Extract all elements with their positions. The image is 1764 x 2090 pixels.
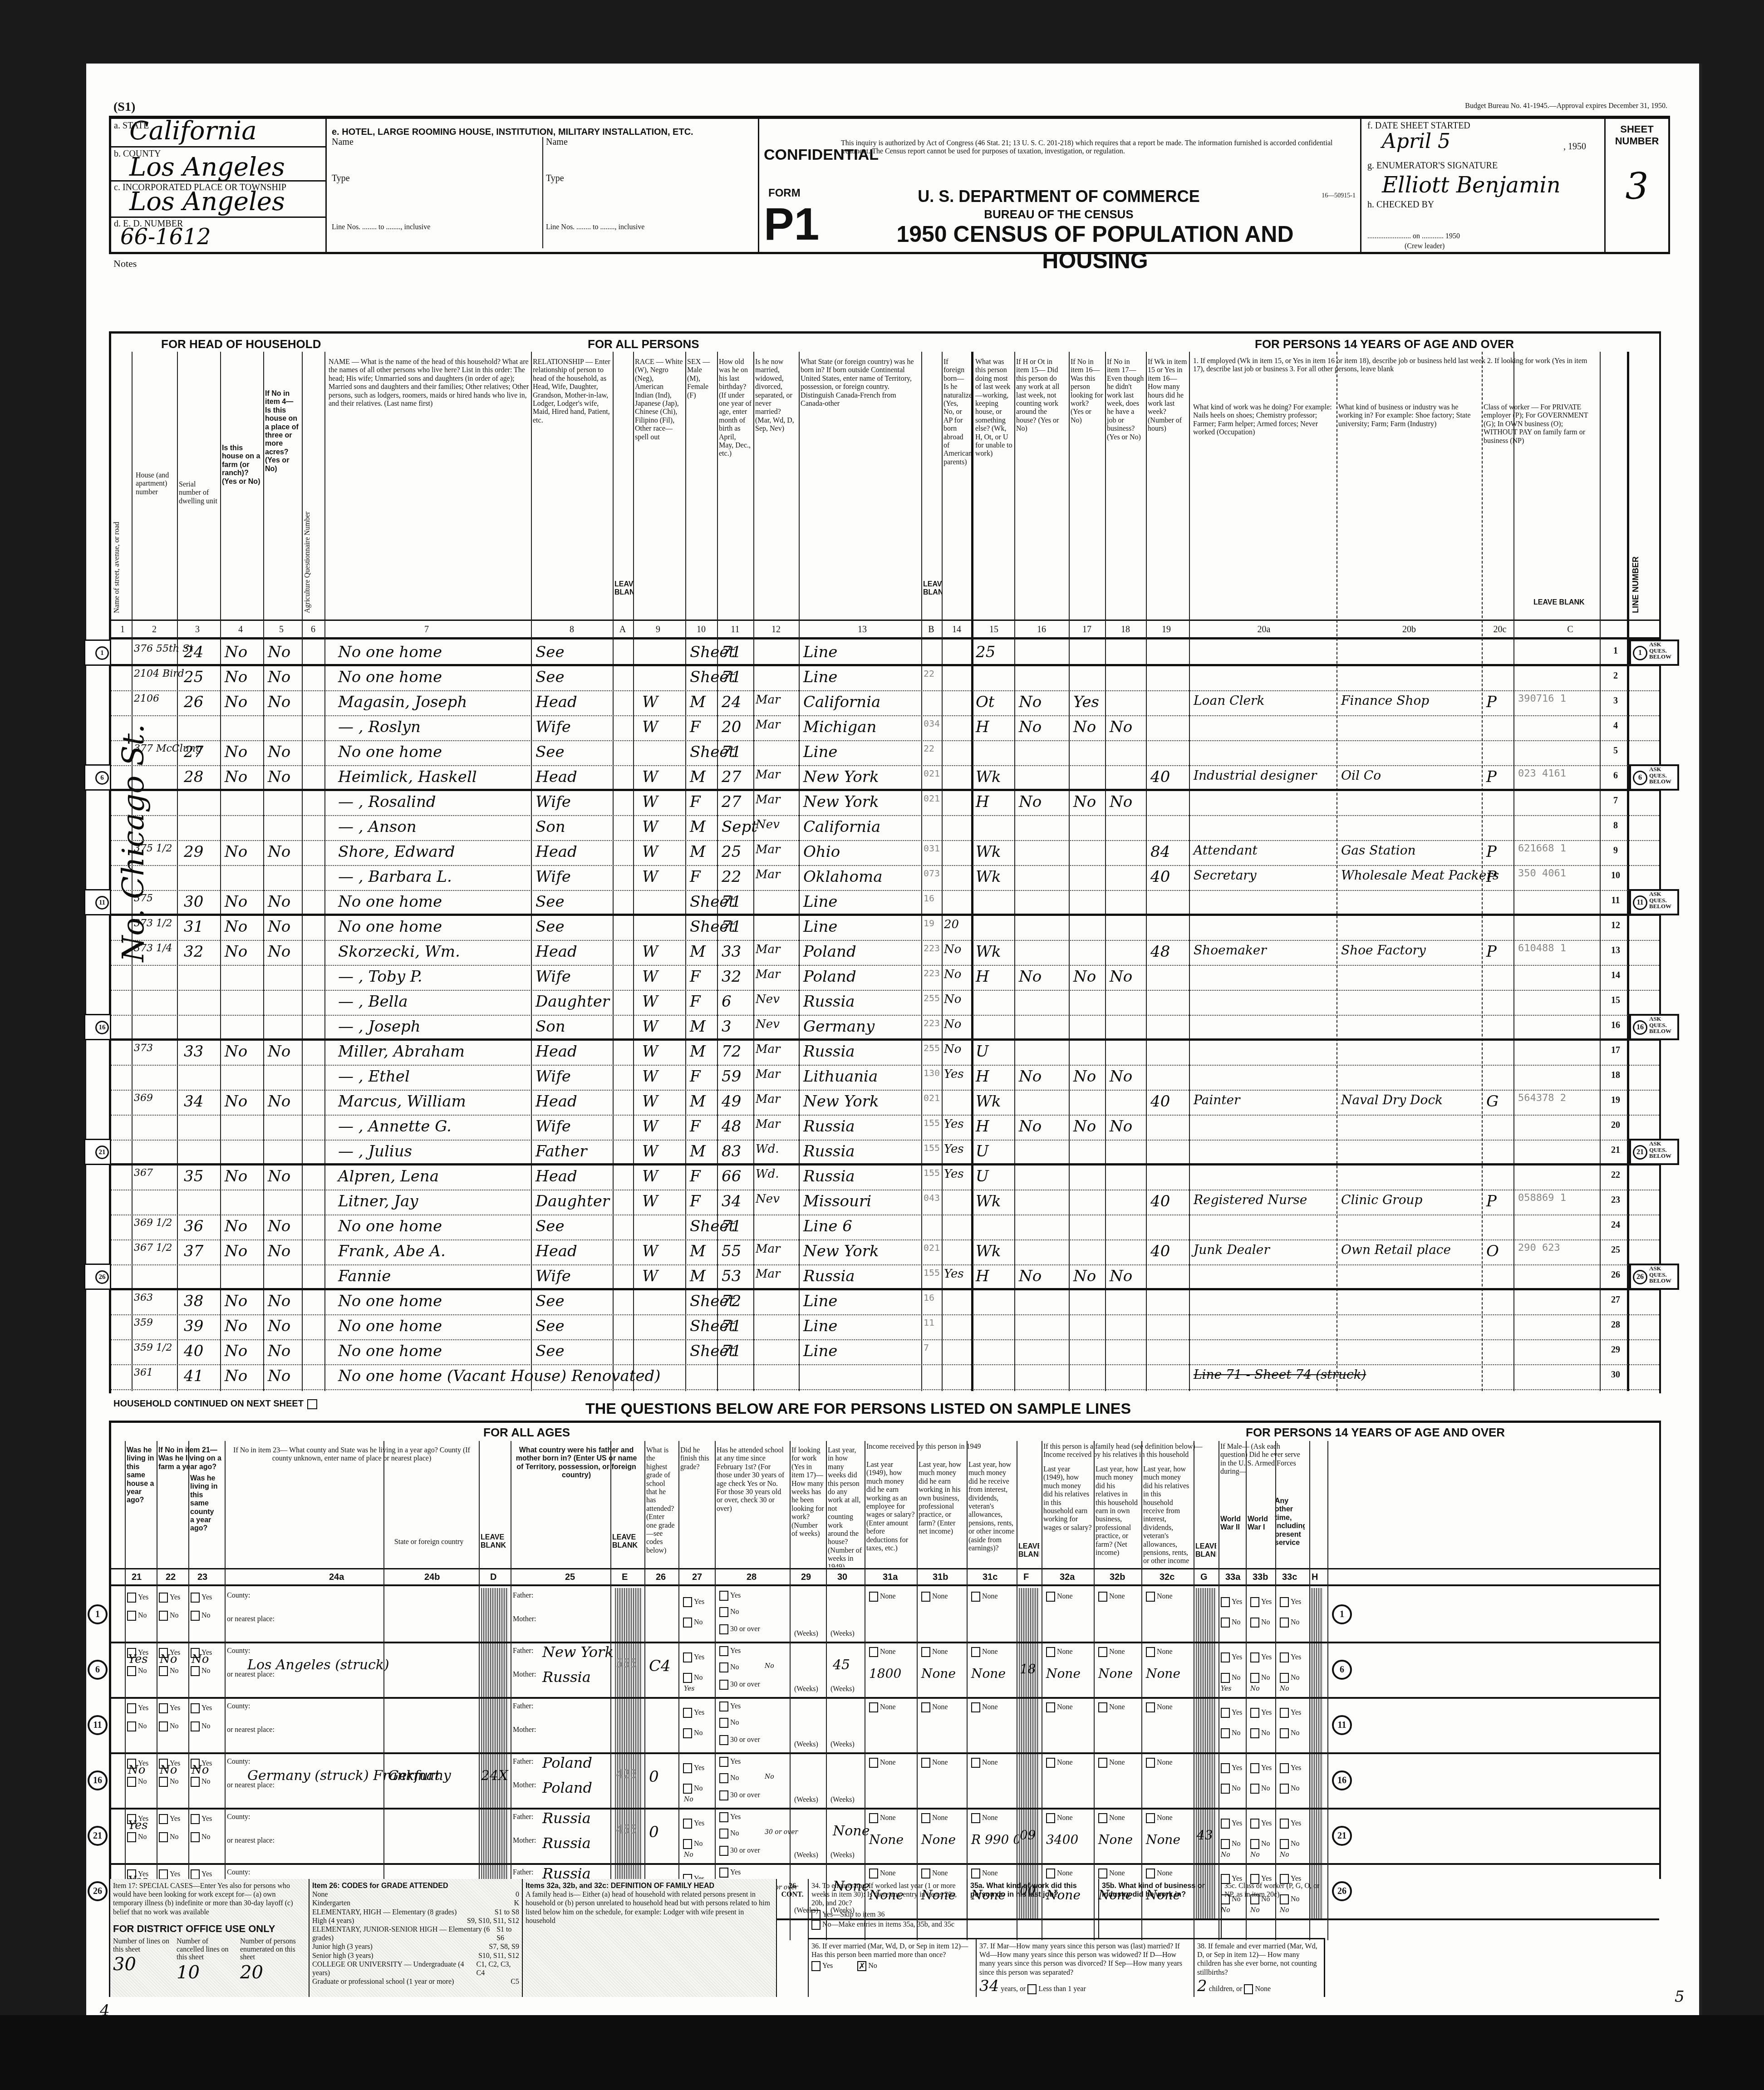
table-row: — , RoslynWifeWF20MarMichigan034HNoNoNo4 (111, 716, 1659, 741)
household-continued-checkbox[interactable] (307, 1399, 317, 1409)
c31b-none-checkbox[interactable] (921, 1758, 930, 1768)
county-label: County: (227, 1758, 251, 1766)
house-number: 373 1/4 (134, 943, 172, 954)
relationship: Son (536, 818, 565, 836)
head-of-household-header: FOR HEAD OF HOUSEHOLD (161, 337, 321, 351)
school-30-checkbox[interactable] (719, 1790, 728, 1800)
no-label: No (138, 1833, 147, 1841)
highest-grade: C4 (649, 1657, 671, 1675)
birthplace-code: 223 (924, 943, 940, 954)
relationship: See (536, 643, 565, 661)
birthplace-code: 223 (924, 968, 940, 979)
c21-no-checkbox[interactable] (127, 1721, 136, 1731)
c33c-no-checkbox[interactable] (1280, 1784, 1289, 1794)
marital-status: Nev (756, 1192, 780, 1206)
has-job: No (1110, 718, 1132, 736)
sample-line-number: 11 (95, 896, 109, 910)
c21-yes-checkbox[interactable] (127, 1593, 136, 1603)
colnum-16: 16 (1035, 625, 1048, 635)
no-label: No (730, 1663, 739, 1671)
lower-colnum: 33c (1282, 1572, 1297, 1583)
col-head-3: Serial number of dwelling unit (177, 479, 220, 507)
sheet-header: a. STATE California b. COUNTY Los Angele… (109, 116, 1670, 254)
c31c-none-checkbox[interactable] (971, 1647, 980, 1657)
school-no-checkbox[interactable] (719, 1718, 728, 1728)
c32a-none-checkbox[interactable] (1046, 1758, 1055, 1768)
age: 34 (722, 1192, 741, 1210)
county-label: County: (227, 1702, 251, 1711)
c21-no-checkbox[interactable] (127, 1832, 136, 1842)
c31c-none-checkbox[interactable] (971, 1758, 980, 1768)
form-corner-code: (S1) (113, 100, 135, 114)
grade-code-row: COLLEGE OR UNIVERSITY — Undergraduate (4… (312, 1960, 519, 1977)
q37-less-checkbox[interactable] (1027, 1984, 1037, 1994)
marital-status: Mar (756, 1117, 781, 1131)
c31a-none-checkbox[interactable] (869, 1869, 878, 1879)
c31c-none-checkbox[interactable] (971, 1592, 980, 1602)
c31a-none-checkbox[interactable] (869, 1758, 878, 1768)
c33b-yes-checkbox[interactable] (1250, 1597, 1259, 1607)
sample-line-tag-left: 16 (84, 1014, 111, 1040)
yes-label: Yes (138, 1704, 148, 1712)
school-no-checkbox[interactable] (719, 1662, 728, 1672)
c33a-no-checkbox[interactable] (1221, 1839, 1230, 1849)
c31a-amount: None (869, 1832, 904, 1847)
hotel-title: e. HOTEL, LARGE ROOMING HOUSE, INSTITUTI… (332, 127, 693, 138)
c23-no-checkbox[interactable] (191, 1832, 200, 1842)
relationship: Wife (536, 793, 571, 811)
c32b-none-checkbox[interactable] (1098, 1758, 1107, 1768)
yes-label: Yes (1291, 1653, 1301, 1661)
no-label: No (1291, 1840, 1300, 1848)
colnum-17: 17 (1080, 625, 1094, 635)
c32c-none-checkbox[interactable] (1146, 1592, 1155, 1602)
relationship: Head (536, 843, 577, 861)
col-head-1: Name of street, avenue, or road (111, 356, 132, 615)
grade-code-row: Senior high (3 years)S10, S11, S12 (312, 1952, 519, 1960)
yes-label: Yes (730, 1592, 741, 1599)
ask-questions-below-tag: 6ASK QUES. BELOW (1629, 764, 1679, 791)
c33c-yes-checkbox[interactable] (1280, 1819, 1289, 1829)
col-head-10: SEX — Male (M), Female (F) (685, 356, 717, 615)
school-yes-checkbox[interactable] (719, 1757, 728, 1767)
yes-label: Yes (1291, 1709, 1301, 1716)
c22-no-checkbox[interactable] (159, 1777, 168, 1787)
c33a-no-checkbox[interactable] (1221, 1784, 1230, 1794)
sample-line-tag-left: 11 (84, 889, 111, 915)
serial-number: 41 (184, 1367, 203, 1385)
finish-no-checkbox[interactable] (683, 1784, 692, 1794)
c32a-none-checkbox[interactable] (1046, 1869, 1055, 1879)
finish-no-checkbox[interactable] (683, 1618, 692, 1628)
c33b-yes-checkbox[interactable] (1250, 1763, 1259, 1773)
c33b-yes-checkbox[interactable] (1250, 1708, 1259, 1718)
school-30-checkbox[interactable] (719, 1624, 728, 1634)
person-name: — , Julius (338, 1142, 412, 1161)
race: W (642, 1018, 658, 1036)
q38-none-label: None (1255, 1985, 1271, 1993)
c23-no-checkbox[interactable] (191, 1611, 200, 1621)
c32c-none-checkbox[interactable] (1146, 1758, 1155, 1768)
c31a-none-checkbox[interactable] (869, 1592, 878, 1602)
school-no-checkbox[interactable] (719, 1607, 728, 1617)
yes-label: Yes (694, 1764, 704, 1772)
farm: No (225, 943, 247, 961)
col-head-b: LEAVE BLANK (921, 579, 942, 599)
q36-yes-checkbox[interactable] (811, 1961, 821, 1971)
relationship: Wife (536, 1267, 571, 1285)
special-cases-text: Item 17: SPECIAL CASES—Enter Yes also fo… (113, 1882, 306, 1917)
lower-colnum: 28 (747, 1572, 757, 1583)
naturalized: Yes (944, 1167, 964, 1181)
birthplace: New York (803, 1242, 879, 1260)
class-of-worker: O (1486, 1242, 1499, 1260)
relationship: Daughter (536, 1192, 609, 1210)
all-persons-header: FOR ALL PERSONS (588, 337, 699, 351)
school-yes-checkbox[interactable] (719, 1868, 728, 1878)
c33b-no-checkbox[interactable] (1250, 1784, 1259, 1794)
none-label: None (880, 1869, 896, 1877)
table-row: 35939NoNoNo one homeSeeSheet71Line1128 (111, 1315, 1659, 1340)
c32b-none-checkbox[interactable] (1098, 1647, 1107, 1657)
c22-no-checkbox[interactable] (159, 1666, 168, 1676)
sex: F (690, 968, 701, 986)
sample-lines-title: THE QUESTIONS BELOW ARE FOR PERSONS LIST… (585, 1400, 1131, 1418)
c23-no-checkbox[interactable] (191, 1666, 200, 1676)
c32b-none-checkbox[interactable] (1098, 1869, 1107, 1879)
line-number: 24 (1604, 1220, 1627, 1230)
acres: No (268, 1043, 290, 1061)
no-label: No (201, 1612, 211, 1619)
c33a-yes-checkbox[interactable] (1221, 1708, 1230, 1718)
school-yes-checkbox[interactable] (719, 1646, 728, 1656)
activity: U (976, 1043, 989, 1061)
line-number: 22 (1604, 1170, 1627, 1180)
weeks-label-30: (Weeks) (830, 1685, 855, 1693)
c22-yes-checkbox[interactable] (159, 1869, 168, 1879)
person-name: Heimlick, Haskell (338, 768, 477, 786)
leave-blank-code: 058869 1 (1518, 1192, 1566, 1204)
no-label: No (1291, 1785, 1300, 1792)
none-label: None (1057, 1648, 1073, 1656)
finish-answer: No (684, 1796, 693, 1803)
lower-colnum: F (1023, 1572, 1029, 1583)
age: 71 (722, 1217, 741, 1235)
school-yes-checkbox[interactable] (719, 1591, 728, 1601)
hours-worked: 40 (1150, 1192, 1170, 1210)
acres: No (268, 1217, 290, 1235)
col-head-8: RELATIONSHIP — Enter relationship of per… (531, 356, 613, 615)
c33a-no-checkbox[interactable] (1221, 1618, 1230, 1628)
birthplace-code: 021 (924, 768, 940, 779)
sex: M (690, 818, 706, 836)
sample-line-number: 26 (95, 1270, 109, 1284)
c31c-none-checkbox[interactable] (971, 1702, 980, 1712)
farm: No (225, 668, 247, 686)
birthplace: Germany (803, 1018, 875, 1036)
industry: Clinic Group (1341, 1192, 1422, 1207)
q36-text: 36. If ever married (Mar, Wd, D, or Sep … (811, 1942, 973, 1959)
lower-colnum: 25 (565, 1572, 575, 1583)
leave-blank-code: 621668 1 (1518, 843, 1566, 854)
birthplace: Poland (803, 968, 856, 986)
line-number: 5 (1604, 746, 1627, 756)
c23-yes-checkbox[interactable] (191, 1869, 200, 1879)
birthplace-code: 021 (924, 793, 940, 804)
c31a-none-checkbox[interactable] (869, 1813, 878, 1823)
school-yes-checkbox[interactable] (719, 1812, 728, 1822)
col-head-4: Is this house on a farm (or ranch)? (Yes… (220, 443, 263, 488)
finish-no-checkbox[interactable] (683, 1728, 692, 1738)
colnum-14: 14 (950, 625, 963, 635)
county-label: County: (227, 1813, 251, 1821)
colnum-1: 1 (116, 625, 129, 635)
q38-none-checkbox[interactable] (1244, 1984, 1253, 1994)
c31a-none-checkbox[interactable] (869, 1702, 878, 1712)
finish-yes-checkbox[interactable] (683, 1708, 692, 1718)
c33a-yes-checkbox[interactable] (1221, 1597, 1230, 1607)
c21-no-checkbox[interactable] (127, 1777, 136, 1787)
none-label: None (932, 1703, 948, 1711)
col-head-c: LEAVE BLANK (1532, 597, 1600, 609)
c33b-yes-checkbox[interactable] (1250, 1652, 1259, 1662)
form-title-block: CONFIDENTIAL This inquiry is authorized … (758, 119, 1361, 252)
c21-no-checkbox[interactable] (127, 1666, 136, 1676)
age: 27 (722, 768, 741, 786)
c33a-no-checkbox[interactable] (1221, 1728, 1230, 1738)
c32b-none-checkbox[interactable] (1098, 1813, 1107, 1823)
c33a-yes-checkbox[interactable] (1221, 1819, 1230, 1829)
finish-yes-checkbox[interactable] (683, 1819, 692, 1829)
c32b-amount: None (1098, 1832, 1133, 1847)
c32a-none-checkbox[interactable] (1046, 1813, 1055, 1823)
house-number: 2106 (134, 693, 159, 704)
leave-blank-code: 564378 2 (1518, 1092, 1566, 1104)
naturalized: Yes (944, 1067, 964, 1081)
table-row: 36735NoNoAlpren, LenaHeadWF66Wd.Russia15… (111, 1165, 1659, 1190)
c33c-yes-checkbox[interactable] (1280, 1652, 1289, 1662)
serial-number: 37 (184, 1242, 203, 1260)
race: W (642, 768, 658, 786)
c31b-none-checkbox[interactable] (921, 1869, 930, 1879)
c23-no-checkbox[interactable] (191, 1777, 200, 1787)
naturalized: Yes (944, 1142, 964, 1156)
birthplace-code: 155 (924, 1167, 940, 1178)
special-cases-box: Item 17: SPECIAL CASES—Enter Yes also fo… (109, 1879, 309, 1997)
c22-yes-checkbox[interactable] (159, 1814, 168, 1824)
c31a-none-checkbox[interactable] (869, 1647, 878, 1657)
cancelled-count-label: Number of cancelled lines on this sheet (177, 1938, 236, 1962)
c33b-no-checkbox[interactable] (1250, 1839, 1259, 1849)
birthplace-code: 16 (924, 1292, 934, 1303)
c31b-none-checkbox[interactable] (921, 1647, 930, 1657)
c33c-yes-checkbox[interactable] (1280, 1597, 1289, 1607)
district-office-label: FOR DISTRICT OFFICE USE ONLY (113, 1923, 306, 1935)
c22-no-checkbox[interactable] (159, 1611, 168, 1621)
father-birthplace: New York (542, 1643, 614, 1661)
no-label: No (1232, 1674, 1241, 1682)
date-value: April 5 (1382, 130, 1450, 153)
person-name: No one home (338, 668, 442, 686)
c33c-no-checkbox[interactable] (1280, 1618, 1289, 1628)
school-no-checkbox[interactable] (719, 1829, 728, 1839)
table-row: — , Barbara L.WifeWF22MarOklahoma073Wk40… (111, 866, 1659, 891)
q34-yes-checkbox[interactable] (811, 1910, 821, 1920)
age: 72 (722, 1292, 741, 1310)
c33c-answer: No (1280, 1851, 1289, 1859)
c21-no-checkbox[interactable] (127, 1611, 136, 1621)
race: W (642, 868, 658, 886)
line-number: 26 (1604, 1270, 1627, 1280)
c31b-none-checkbox[interactable] (921, 1592, 930, 1602)
activity: H (976, 968, 989, 986)
hours-worked: 40 (1150, 1092, 1170, 1111)
looking-for-work: No (1073, 1117, 1096, 1136)
yes-label: Yes (694, 1598, 704, 1606)
acres: No (268, 843, 290, 861)
col-head-20c: Class of worker — For PRIVATE employer (… (1482, 402, 1595, 615)
table-row: 1376 55th St24NoNoNo one homeSeeSheet71L… (111, 641, 1659, 666)
c31c-none-checkbox[interactable] (971, 1869, 980, 1879)
farm: No (225, 1043, 247, 1061)
c32c-none-checkbox[interactable] (1146, 1813, 1155, 1823)
c33a-yes-checkbox[interactable] (1221, 1652, 1230, 1662)
lcol-head-23: Was he living in this same county a year… (188, 1473, 220, 1564)
c21-yes-checkbox[interactable] (127, 1703, 136, 1713)
c22-no-checkbox[interactable] (159, 1832, 168, 1842)
c22-yes-checkbox[interactable] (159, 1593, 168, 1603)
date-year: , 1950 (1563, 142, 1586, 152)
c23-yes-checkbox[interactable] (191, 1814, 200, 1824)
marital-status: Mar (756, 1267, 781, 1281)
c23-yes-checkbox[interactable] (191, 1593, 200, 1603)
person-name: — , Joseph (338, 1018, 421, 1036)
census-title: 1950 CENSUS OF POPULATION AND HOUSING (868, 221, 1322, 274)
finish-yes-checkbox[interactable] (683, 1763, 692, 1773)
school-30-checkbox[interactable] (719, 1680, 728, 1690)
table-row: 21— , JuliusFatherWM83Wd.Russia155YesU21… (111, 1141, 1659, 1165)
hours-worked: 40 (1150, 1242, 1170, 1260)
age: 6 (722, 993, 732, 1011)
school-no-checkbox[interactable] (719, 1773, 728, 1783)
yes-label: Yes (170, 1815, 180, 1823)
activity: H (976, 1067, 989, 1086)
c32b-amount: None (1098, 1666, 1133, 1681)
county-label: County: (227, 1647, 251, 1655)
finish-no-checkbox[interactable] (683, 1839, 692, 1849)
c33c-yes-checkbox[interactable] (1280, 1763, 1289, 1773)
sex: M (690, 693, 706, 711)
mother-label: Mother: (513, 1726, 536, 1734)
age: 33 (722, 943, 741, 961)
race: W (642, 843, 658, 861)
line-number: 30 (1604, 1370, 1627, 1380)
grade-code-value: K (514, 1899, 519, 1908)
yes-label: Yes (1232, 1653, 1242, 1661)
grade-code-row: High (4 years)S9, S10, S11, S12 (312, 1917, 519, 1925)
worked-last-week: No (1019, 793, 1042, 811)
c33b-yes-checkbox[interactable] (1250, 1819, 1259, 1829)
line-number: 10 (1604, 870, 1627, 881)
c23-yes-checkbox[interactable] (191, 1703, 200, 1713)
school-answer: 30 or over (765, 1829, 798, 1836)
c32c-none-checkbox[interactable] (1146, 1647, 1155, 1657)
sample-line-number: 6 (95, 771, 109, 785)
c32a-none-checkbox[interactable] (1046, 1592, 1055, 1602)
c23-no-checkbox[interactable] (191, 1721, 200, 1731)
c33a-no-checkbox[interactable] (1221, 1673, 1230, 1683)
c33c-yes-checkbox[interactable] (1280, 1708, 1289, 1718)
c22-no-checkbox[interactable] (159, 1721, 168, 1731)
marital-status: Mar (756, 793, 781, 806)
serial-number: 25 (184, 668, 203, 686)
c31c-none-checkbox[interactable] (971, 1813, 980, 1823)
colnum-19: 19 (1160, 625, 1173, 635)
school-yes-checkbox[interactable] (719, 1702, 728, 1711)
finish-no-checkbox[interactable] (683, 1673, 692, 1683)
c32a-none-checkbox[interactable] (1046, 1647, 1055, 1657)
birthplace: Michigan (803, 718, 876, 736)
code-d: 24X (481, 1768, 508, 1784)
finish-yes-checkbox[interactable] (683, 1597, 692, 1607)
q36-no-checkbox-checked[interactable]: ✗ (857, 1961, 866, 1971)
none-label: None (1109, 1814, 1125, 1822)
c32b-none-checkbox[interactable] (1098, 1702, 1107, 1712)
relationship: Son (536, 1018, 565, 1036)
race: W (642, 793, 658, 811)
none-label: None (1157, 1593, 1173, 1600)
q34-no-checkbox[interactable] (811, 1920, 821, 1930)
c33c-no-checkbox[interactable] (1280, 1673, 1289, 1683)
birthplace: Russia (803, 1142, 855, 1161)
c33a-yes-checkbox[interactable] (1221, 1763, 1230, 1773)
c32c-none-checkbox[interactable] (1146, 1702, 1155, 1712)
table-row: 210626NoNoMagasin, JosephHeadWM24MarCali… (111, 691, 1659, 716)
age: 71 (722, 1317, 741, 1335)
c32b-none-checkbox[interactable] (1098, 1592, 1107, 1602)
colnum-20c: 20c (1491, 625, 1509, 635)
c33b-no-checkbox[interactable] (1250, 1618, 1259, 1628)
c32a-none-checkbox[interactable] (1046, 1702, 1055, 1712)
activity: Wk (976, 1092, 1001, 1111)
c33b-no-checkbox[interactable] (1250, 1728, 1259, 1738)
colnum-b: B (924, 625, 938, 635)
class-of-worker: P (1486, 768, 1497, 786)
lower-colnum: 24a (329, 1572, 344, 1583)
c31b-none-checkbox[interactable] (921, 1702, 930, 1712)
grade-code-value: 0 (516, 1890, 519, 1899)
sample-tag-text: ASK QUES. BELOW (1649, 641, 1671, 660)
c32c-none-checkbox[interactable] (1146, 1869, 1155, 1879)
person-name: No one home (338, 1317, 442, 1335)
finish-yes-checkbox[interactable] (683, 1652, 692, 1662)
c31b-none-checkbox[interactable] (921, 1813, 930, 1823)
c33c-no-checkbox[interactable] (1280, 1728, 1289, 1738)
no-label: No (170, 1667, 179, 1675)
lcol-head-31b: Last year, how much money did he earn wo… (917, 1459, 967, 1564)
lcol-head-33c: Any other time, including present servic… (1273, 1495, 1305, 1549)
c33b-no-checkbox[interactable] (1250, 1673, 1259, 1683)
age: 20 (722, 718, 741, 736)
c33c-no-checkbox[interactable] (1280, 1839, 1289, 1849)
school-30-checkbox[interactable] (719, 1846, 728, 1856)
school-30-checkbox[interactable] (719, 1735, 728, 1745)
colnum-6: 6 (306, 625, 320, 635)
birthplace-code: 130 (924, 1067, 940, 1078)
none-label: None (1057, 1593, 1073, 1600)
c22-yes-checkbox[interactable] (159, 1703, 168, 1713)
none-label: None (1109, 1759, 1125, 1766)
